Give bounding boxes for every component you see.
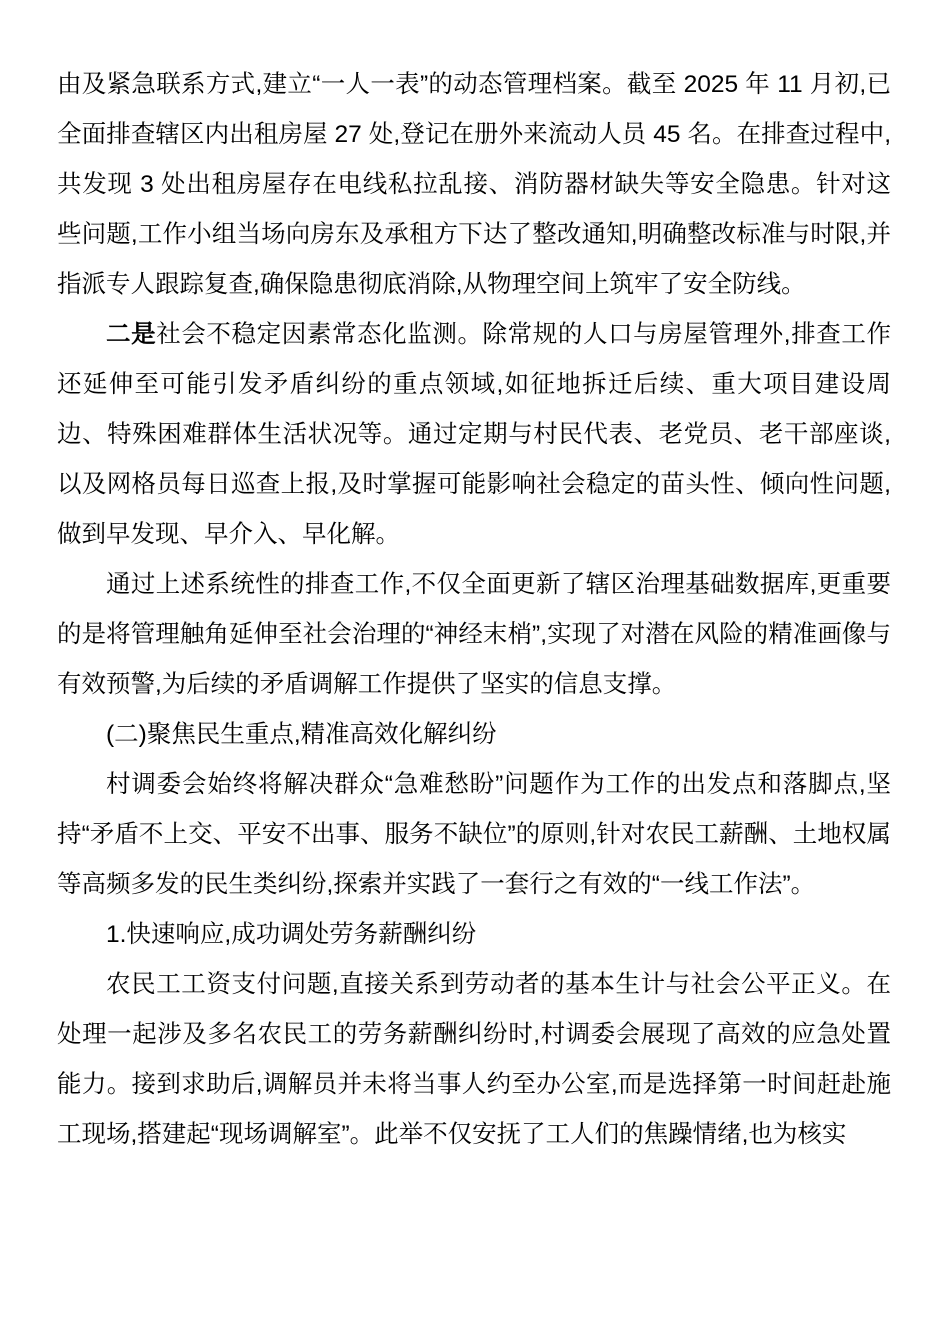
- text-run: 通过上述系统性的排查工作,不仅全面更新了辖区治理基础数据库,更重要的是将管理触角…: [57, 571, 891, 698]
- document-body: 由及紧急联系方式,建立“一人一表”的动态管理档案。截至 2025 年 11 月初…: [57, 60, 891, 1160]
- text-run: 村调委会始终将解决群众“急难愁盼”问题作为工作的出发点和落脚点,坚持“矛盾不上交…: [57, 771, 891, 898]
- bold-text-run: 二是: [106, 321, 156, 348]
- subsection-heading-one: 1.快速响应,成功调处劳务薪酬纠纷: [57, 910, 891, 960]
- document-page: 由及紧急联系方式,建立“一人一表”的动态管理档案。截至 2025 年 11 月初…: [0, 0, 950, 1344]
- text-run: 社会不稳定因素常态化监测。除常规的人口与房屋管理外,排查工作还延伸至可能引发矛盾…: [57, 321, 891, 548]
- paragraph-mediation-principles: 村调委会始终将解决群众“急难愁盼”问题作为工作的出发点和落脚点,坚持“矛盾不上交…: [57, 760, 891, 910]
- section-heading-two: (二)聚焦民生重点,精准高效化解纠纷: [57, 710, 891, 760]
- paragraph-wage-dispute-case: 农民工工资支付问题,直接关系到劳动者的基本生计与社会公平正义。在处理一起涉及多名…: [57, 960, 891, 1160]
- text-run: 1.快速响应,成功调处劳务薪酬纠纷: [106, 921, 476, 948]
- paragraph-rental-housing-check: 由及紧急联系方式,建立“一人一表”的动态管理档案。截至 2025 年 11 月初…: [57, 60, 891, 310]
- paragraph-summary-of-checks: 通过上述系统性的排查工作,不仅全面更新了辖区治理基础数据库,更重要的是将管理触角…: [57, 560, 891, 710]
- paragraph-second-point-monitoring: 二是社会不稳定因素常态化监测。除常规的人口与房屋管理外,排查工作还延伸至可能引发…: [57, 310, 891, 560]
- text-run: (二)聚焦民生重点,精准高效化解纠纷: [106, 721, 497, 748]
- text-run: 农民工工资支付问题,直接关系到劳动者的基本生计与社会公平正义。在处理一起涉及多名…: [57, 971, 891, 1148]
- text-run: 由及紧急联系方式,建立“一人一表”的动态管理档案。截至 2025 年 11 月初…: [57, 71, 891, 298]
